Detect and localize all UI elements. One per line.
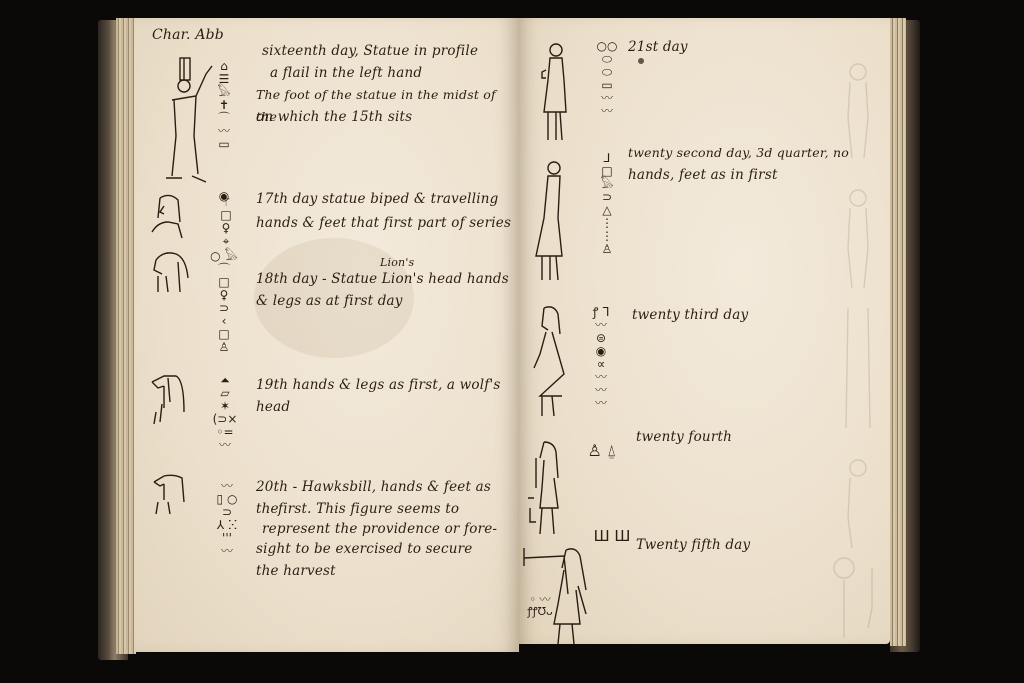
hieroglyph-column-18: ○ 𓅃⌒□♀⊃‹□♙: [204, 250, 244, 354]
entry-16-line-2: a flail in the left hand: [270, 62, 422, 84]
hieroglyph-column-19: ⏶▱✶(⊃×◦=〰: [210, 374, 240, 452]
lion-head-bust-icon: [148, 248, 192, 294]
page-header-note: Char. Abb: [152, 24, 224, 46]
page-edges-right: [890, 18, 906, 646]
left-page: Char. Abb ⌂☰𓅃✝⌒〰▭◉ sixteenth day, Statue…: [134, 18, 519, 652]
entry-20-line-3: represent the providence or fore-: [262, 518, 497, 540]
hieroglyph-group-25: ◦ 〰ꝭꝭ℧ᴗ: [520, 594, 560, 618]
entry-22-line-1: twenty second day, 3d quarter, no: [628, 142, 849, 164]
hieroglyph-group-24: ♙ ⍙: [582, 442, 622, 460]
hawk-head-bust-icon: [152, 472, 192, 518]
faint-pencil-sketches: [828, 48, 888, 648]
ink-blot: [638, 58, 644, 64]
entry-17-line-1: 17th day statue biped & travelling: [256, 188, 498, 210]
hieroglyph-column-20: 〰▯ ○⊃⅄ ⵘꞌꞌꞌ〰: [210, 480, 244, 558]
entry-16-line-4: on which the 15th sits: [256, 106, 412, 128]
robed-standing-figure-icon: [532, 158, 570, 284]
kilted-standing-figure-icon: [538, 40, 574, 144]
entry-16-line-1: sixteenth day, Statue in profile: [262, 40, 478, 62]
hieroglyph-column-22: ⅃□𓅃⊃△⋮⋮♙: [594, 152, 620, 256]
hieroglyph-pair-25: Ш Ш: [592, 530, 632, 543]
entry-20-line-2: first. This figure seems to: [278, 498, 459, 520]
right-page: ○○⬭⬭▭〰〰 21st day ⅃□𓅃⊃△⋮⋮♙ twenty second …: [518, 18, 890, 644]
open-notebook: Char. Abb ⌂☰𓅃✝⌒〰▭◉ sixteenth day, Statue…: [98, 12, 920, 660]
entry-25-line-1: Twenty fifth day: [636, 534, 750, 556]
entry-22-line-2: hands, feet as in first: [628, 164, 778, 186]
entry-18-line-2: & legs as at first day: [256, 290, 403, 312]
entry-20-line-5: the harvest: [256, 560, 336, 582]
page-edges-left: [116, 18, 136, 654]
entry-21-line-1: 21st day: [628, 36, 688, 58]
entry-24-line-1: twenty fourth: [636, 426, 732, 448]
entry-20-line-4: sight to be exercised to secure: [256, 538, 473, 560]
long-haired-standing-figure-icon: [530, 304, 572, 418]
wolf-head-bust-icon: [150, 372, 190, 426]
entry-23-line-1: twenty third day: [632, 304, 748, 326]
entry-19-line-1: 19th hands & legs as first, a wolf's hea…: [256, 374, 518, 418]
hieroglyph-column-16: ⌂☰𓅃✝⌒〰▭◉: [212, 60, 236, 203]
hieroglyph-column-21: ○○⬭⬭▭〰〰: [592, 40, 622, 118]
staff-holding-figure-icon: [524, 438, 564, 538]
crowned-figure-icon: [162, 56, 217, 186]
entry-17-line-2: hands & feet that first part of series: [256, 212, 511, 234]
hieroglyph-column-17: ⚚□♀⌖: [214, 196, 238, 248]
entry-18-line-1: 18th day - Statue Lion's head hands: [256, 268, 509, 290]
hieroglyph-column-23: ꝭ ᒣ〰⊜◉∝〰〰〰: [586, 306, 616, 410]
human-bust-icon: [148, 192, 188, 242]
